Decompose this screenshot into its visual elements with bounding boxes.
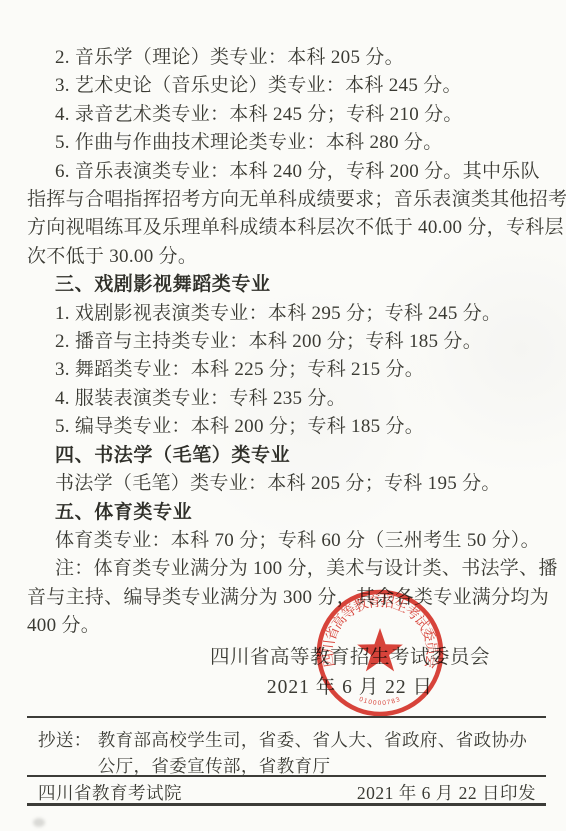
- body-line: 3. 舞蹈类专业：本科 225 分；专科 215 分。: [27, 356, 542, 384]
- print-date: 2021 年 6 月 22 日印发: [357, 781, 536, 805]
- body-line: 5. 作曲与作曲技术理论类专业：本科 280 分。: [27, 129, 542, 157]
- section-heading: 四、书法学（毛笔）类专业: [27, 442, 542, 470]
- body-line: 2. 音乐学（理论）类专业：本科 205 分。: [27, 44, 542, 72]
- body-line: 注：体育类专业满分为 100 分，美术与设计类、书法学、播: [27, 555, 542, 583]
- cc-recipients: 教育部高校学生司，省委、省人大、省政府、省政协办 公厅，省委宣传部，省教育厅: [98, 728, 544, 779]
- cc-label: 抄送：: [38, 728, 92, 779]
- cc-line: 教育部高校学生司，省委、省人大、省政府、省政协办: [98, 728, 544, 754]
- body-line: 指挥与合唱指挥招考方向无单科成绩要求；音乐表演类其他招考: [27, 186, 542, 214]
- cc-block: 抄送： 教育部高校学生司，省委、省人大、省政府、省政协办 公厅，省委宣传部，省教…: [38, 728, 544, 779]
- document-body: 2. 音乐学（理论）类专业：本科 205 分。3. 艺术史论（音乐史论）类专业：…: [27, 44, 542, 703]
- issuing-committee: 四川省高等教育招生考试委员会: [210, 643, 490, 673]
- body-line: 音与主持、编导类专业满分为 300 分，其余各类专业满分均为: [27, 584, 542, 612]
- body-line: 方向视唱练耳及乐理单科成绩本科层次不低于 40.00 分，专科层: [27, 214, 542, 242]
- section-heading: 五、体育类专业: [27, 499, 542, 527]
- page-number-smudge: [33, 818, 45, 827]
- body-lines: 2. 音乐学（理论）类专业：本科 205 分。3. 艺术史论（音乐史论）类专业：…: [27, 44, 542, 641]
- publisher-row: 四川省教育考试院 2021 年 6 月 22 日印发: [38, 781, 536, 805]
- publisher-name: 四川省教育考试院: [38, 781, 182, 805]
- signature-date: 2021 年 6 月 22 日: [210, 673, 490, 703]
- footer-middle-rule: [27, 775, 546, 777]
- body-line: 次不低于 30.00 分。: [27, 243, 542, 271]
- signature-block: 四川省高等教育招生考试委员会 2021 年 6 月 22 日: [210, 643, 490, 703]
- body-line: 400 分。: [27, 612, 542, 640]
- body-line: 3. 艺术史论（音乐史论）类专业：本科 245 分。: [27, 72, 542, 100]
- body-line: 2. 播音与主持类专业：本科 200 分；专科 185 分。: [27, 328, 542, 356]
- body-line: 体育类专业：本科 70 分；专科 60 分（三州考生 50 分）。: [27, 527, 542, 555]
- footer-top-rule: [27, 716, 546, 718]
- body-line: 书法学（毛笔）类专业：本科 205 分；专科 195 分。: [27, 470, 542, 498]
- body-line: 1. 戏剧影视表演类专业：本科 295 分；专科 245 分。: [27, 300, 542, 328]
- body-line: 5. 编导类专业：本科 200 分；专科 185 分。: [27, 413, 542, 441]
- footer-bottom-rule: [27, 803, 546, 806]
- section-heading: 三、戏剧影视舞蹈类专业: [27, 271, 542, 299]
- body-line: 4. 服装表演类专业：专科 235 分。: [27, 385, 542, 413]
- body-line: 4. 录音艺术类专业：本科 245 分；专科 210 分。: [27, 101, 542, 129]
- body-line: 6. 音乐表演类专业：本科 240 分，专科 200 分。其中乐队: [27, 158, 542, 186]
- document-page: 2. 音乐学（理论）类专业：本科 205 分。3. 艺术史论（音乐史论）类专业：…: [0, 0, 566, 831]
